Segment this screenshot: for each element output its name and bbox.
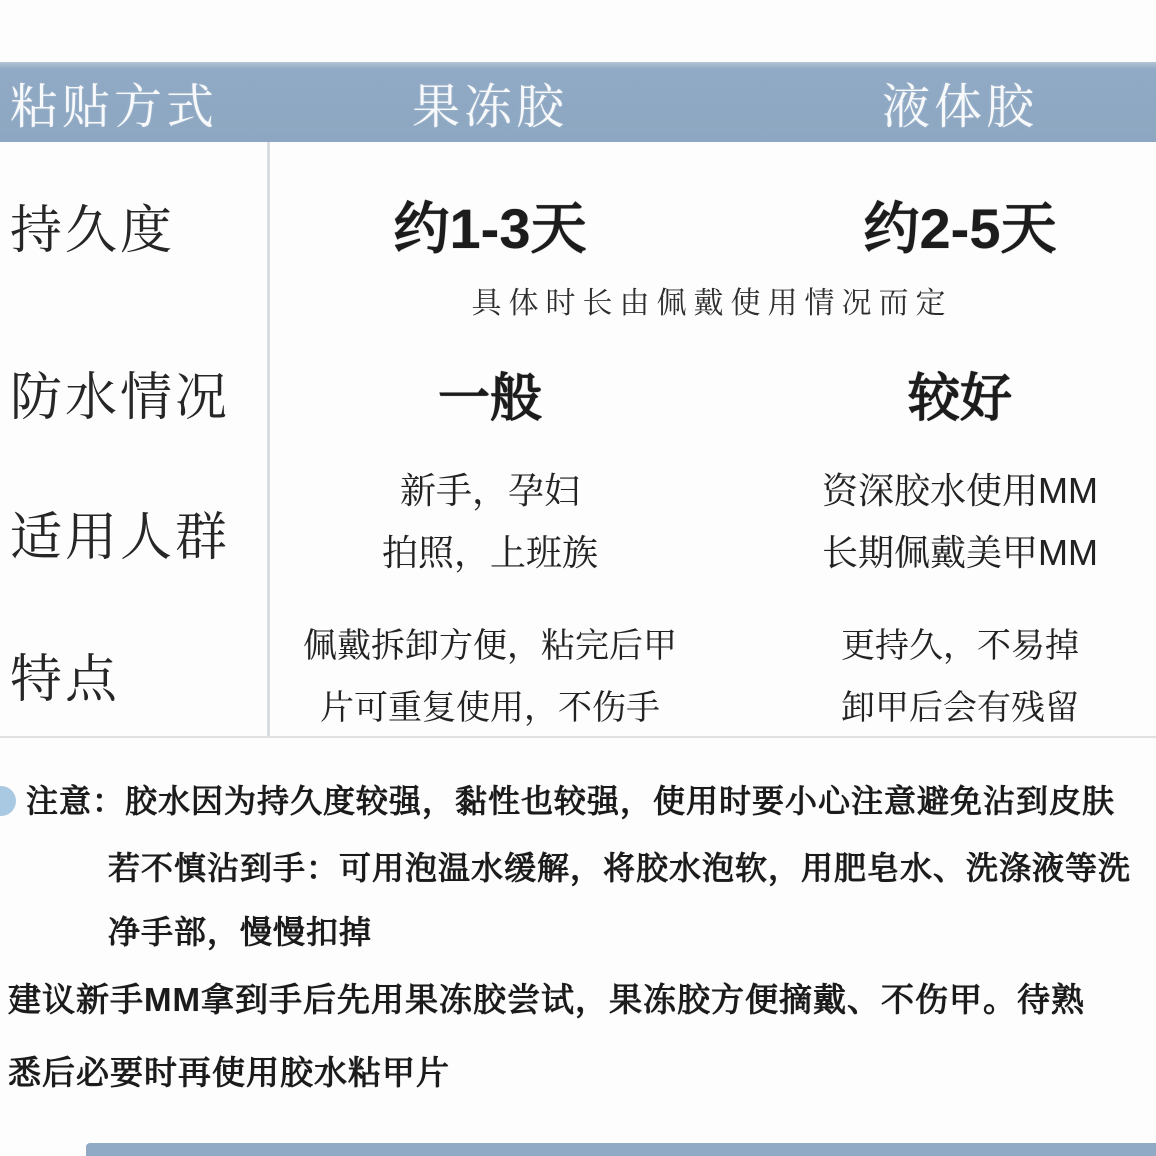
audience-liquid-line-1: 资深胶水使用MM [738, 463, 1156, 514]
audience-row-label: 适用人群 [10, 495, 230, 570]
audience-liquid-line-2: 长期佩戴美甲MM [738, 525, 1156, 576]
note-line-remedy-cont: 净手部，慢慢扣掉 [108, 914, 372, 950]
note-line-suggestion-cont: 悉后必要时再使用胶水粘甲片 [8, 1055, 450, 1091]
waterproof-row-label: 防水情况 [10, 355, 230, 430]
features-jelly-line-2: 片可重复使用，不伤手 [268, 680, 712, 729]
note-line-remedy: 若不慎沾到手：可用泡温水缓解，将胶水泡软，用肥皂水、洗涤液等洗 [108, 850, 1131, 886]
warning-bullet-icon [0, 786, 16, 816]
features-row-label: 特点 [10, 637, 120, 712]
table-bottom-rule [0, 736, 1156, 738]
audience-jelly-line-1: 新手，孕妇 [268, 463, 712, 514]
header-cell-jelly-glue: 果冻胶 [268, 68, 712, 137]
features-liquid-line-1: 更持久，不易掉 [738, 618, 1156, 667]
durability-row-label: 持久度 [10, 188, 175, 263]
next-section-header-sliver [86, 1143, 1156, 1156]
features-jelly-line-1: 佩戴拆卸方便，粘完后甲 [268, 618, 712, 667]
waterproof-liquid-value: 较好 [738, 356, 1156, 431]
durability-note: 具体时长由佩戴使用情况而定 [268, 278, 1156, 322]
audience-jelly-line-2: 拍照，上班族 [268, 525, 712, 576]
note-line-suggestion: 建议新手MM拿到手后先用果冻胶尝试，果冻胶方便摘戴、不伤甲。待熟 [8, 982, 1085, 1018]
header-cell-method: 粘贴方式 [0, 68, 268, 137]
durability-liquid-value: 约2-5天 [738, 185, 1156, 265]
durability-jelly-value: 约1-3天 [268, 185, 712, 265]
comparison-infographic: 粘贴方式 果冻胶 液体胶 持久度 约1-3天 约2-5天 具体时长由佩戴使用情况… [0, 0, 1156, 1156]
table-header-bar: 粘贴方式 果冻胶 液体胶 [0, 62, 1156, 142]
features-liquid-line-2: 卸甲后会有残留 [738, 680, 1156, 729]
waterproof-jelly-value: 一般 [268, 356, 712, 431]
header-cell-liquid-glue: 液体胶 [738, 68, 1156, 137]
note-line-warning: 注意：胶水因为持久度较强，黏性也较强，使用时要小心注意避免沾到皮肤 [26, 783, 1115, 819]
